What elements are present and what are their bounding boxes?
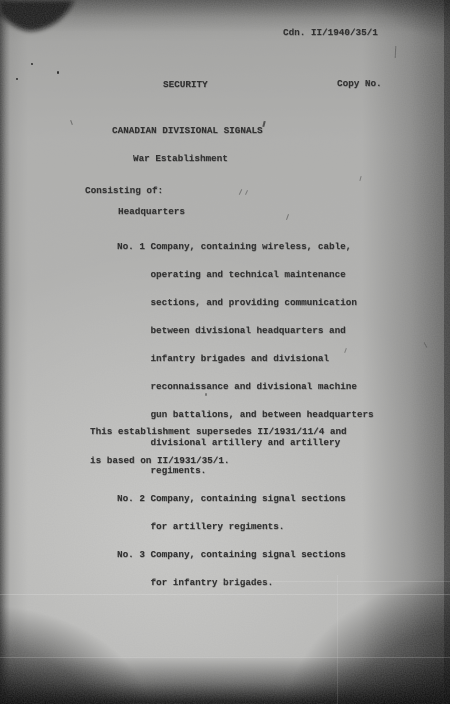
scan-artifact [395, 46, 397, 58]
scan-shadow-top [0, 0, 450, 32]
scan-line [0, 657, 450, 658]
scan-artifact [239, 189, 242, 195]
scan-artifact [16, 78, 18, 80]
scan-artifact [359, 176, 361, 181]
company-line: reconnaissance and divisional machine [117, 382, 374, 391]
company-line: operating and technical maintenance [117, 270, 374, 279]
company-line: No. 3 Company, containing signal section… [117, 550, 374, 559]
scan-artifact [286, 214, 289, 220]
headquarters-item: Headquarters [118, 207, 185, 217]
vignette-top-right [310, 0, 450, 90]
supersession-note-line: is based on II/1931/35/1. [90, 456, 347, 466]
scan-edge-right [444, 0, 450, 704]
company-line: No. 1 Company, containing wireless, cabl… [117, 242, 374, 251]
scan-artifact [70, 120, 73, 125]
scan-edge-left [0, 0, 10, 704]
company-line: for infantry brigades. [117, 578, 374, 587]
company-line: between divisional headquarters and [117, 326, 374, 335]
security-classification: SECURITY [163, 80, 208, 90]
scan-shadow-left-soft [0, 0, 28, 704]
document-subtitle: War Establishment [133, 154, 228, 164]
scan-shadow-bottom [0, 656, 450, 704]
scanned-document-page: Cdn. II/1940/35/1 SECURITY Copy No. CANA… [0, 0, 450, 704]
scan-shadow-right [362, 0, 450, 704]
company-line: infantry brigades and divisional [117, 354, 374, 363]
scan-blot-top-left [0, 0, 110, 50]
scan-artifact [424, 342, 428, 348]
company-line: No. 2 Company, containing signal section… [117, 494, 374, 503]
company-line: sections, and providing communication [117, 298, 374, 307]
reference-number: Cdn. II/1940/35/1 [283, 28, 378, 38]
scan-artifact [245, 190, 248, 195]
document-title: CANADIAN DIVISIONAL SIGNALS [112, 126, 263, 136]
supersession-note-line: This establishment supersedes II/1931/11… [90, 427, 347, 437]
scan-artifact [31, 63, 33, 65]
consisting-of-label: Consisting of: [85, 186, 163, 196]
copy-number-label: Copy No. [337, 79, 382, 89]
supersession-note: This establishment supersedes II/1931/11… [90, 408, 347, 485]
scan-artifact [57, 71, 59, 74]
company-line: for artillery regiments. [117, 522, 374, 531]
